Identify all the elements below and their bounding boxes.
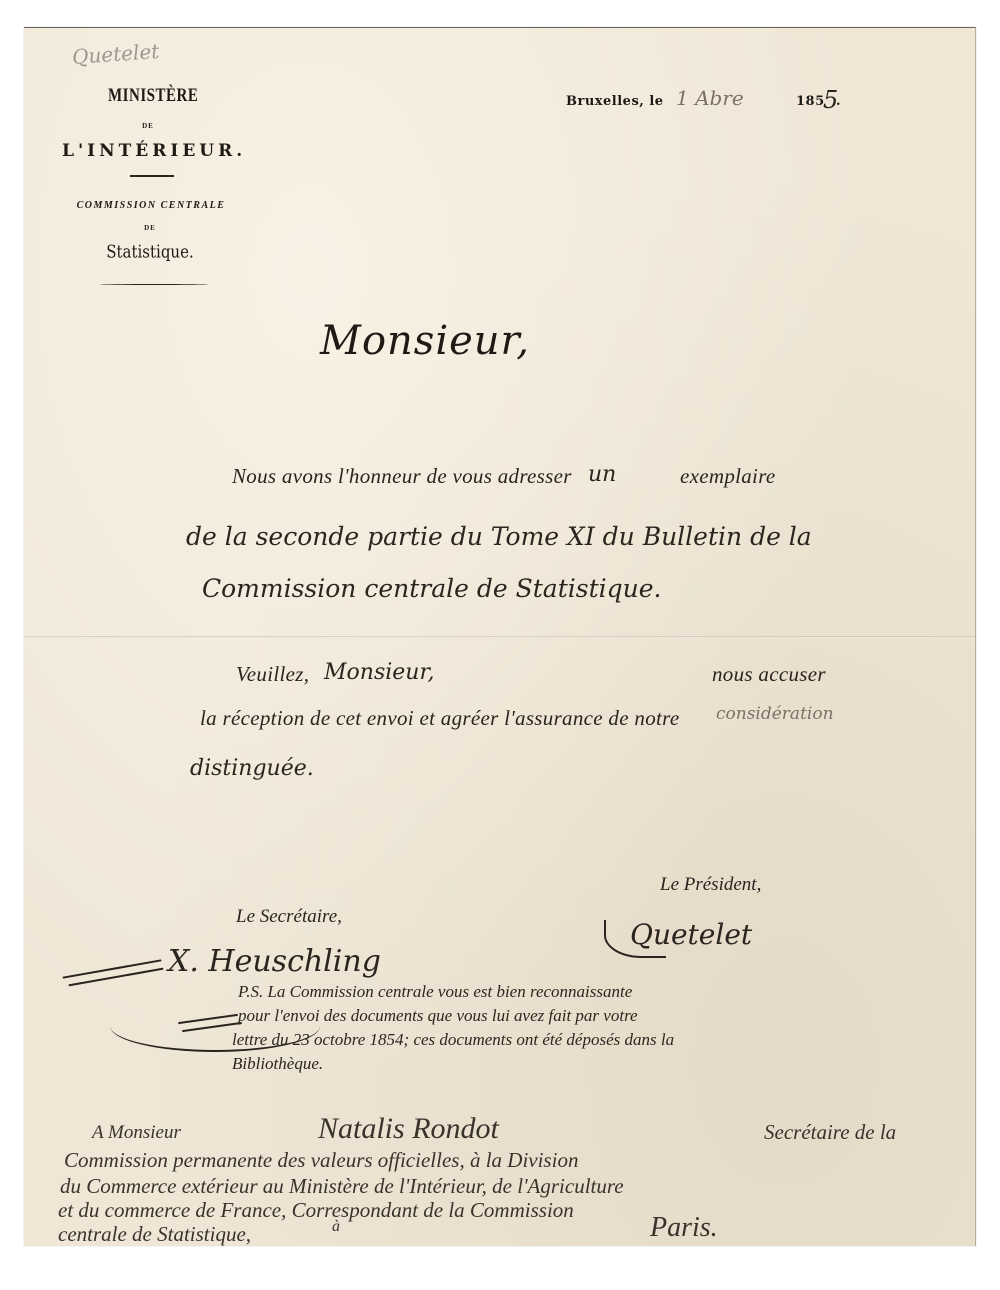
letterhead-de-2: DE <box>140 224 160 232</box>
p1-line3-handwritten: Commission centrale de Statistique. <box>202 574 661 603</box>
p2-line2-handwritten: considération <box>716 704 834 724</box>
letterhead-statistique: Statistique. <box>100 242 200 263</box>
president-label: Le Président, <box>660 874 761 896</box>
secretary-label: Le Secrétaire, <box>236 906 342 928</box>
address-title: Secrétaire de la <box>764 1120 896 1145</box>
letterhead-commission-centrale: COMMISSION CENTRALE <box>76 200 226 211</box>
postscript-line-1: P.S. La Commission centrale vous est bie… <box>238 982 632 1002</box>
dateline-period: . <box>836 94 841 109</box>
address-line-5: centrale de Statistique, <box>58 1222 251 1247</box>
address-recipient-name: Natalis Rondot <box>318 1112 499 1146</box>
secretary-signature: X. Heuschling <box>168 944 381 979</box>
p1-line1-printed: Nous avons l'honneur de vous adresser <box>232 464 572 489</box>
p2-line1-printed: Veuillez, <box>236 662 309 687</box>
address-city: Paris. <box>650 1212 718 1244</box>
letterhead-de-1: DE <box>138 122 158 130</box>
p2-line2-printed: la réception de cet envoi et agréer l'as… <box>200 706 679 731</box>
postscript-line-4: Bibliothèque. <box>232 1054 323 1074</box>
dateline-prefix: Bruxelles, le <box>566 94 664 109</box>
p2-line3-handwritten: distinguée. <box>190 756 314 781</box>
p1-line2-handwritten: de la seconde partie du Tome XI du Bulle… <box>186 522 812 551</box>
ornament-rule-1 <box>130 175 174 177</box>
postscript-line-3: lettre du 23 octobre 1854; ces documents… <box>232 1030 674 1050</box>
address-line-3: du Commerce extérieur au Ministère de l'… <box>60 1174 624 1199</box>
p1-line1-handwritten: un <box>588 462 616 487</box>
dateline-handwritten-date: 1 Abre <box>676 86 744 110</box>
address-a: à <box>332 1218 340 1236</box>
p2-line1-printed-end: nous accuser <box>712 662 826 687</box>
letterhead-ministere: MINISTÈRE <box>108 86 188 107</box>
letterhead-interieur: L'INTÉRIEUR. <box>62 141 242 161</box>
ornament-rule-2 <box>100 284 208 285</box>
dateline-year: 185 <box>796 94 825 109</box>
salutation: Monsieur, <box>320 318 530 364</box>
paper-fold-crease <box>24 636 975 638</box>
address-prefix: A Monsieur <box>92 1122 181 1144</box>
p2-line1-handwritten: Monsieur, <box>324 660 435 685</box>
p1-line1-printed-end: exemplaire <box>680 464 776 489</box>
address-line-4: et du commerce de France, Correspondant … <box>58 1198 574 1223</box>
address-line-2: Commission permanente des valeurs offici… <box>64 1148 578 1173</box>
postscript-line-2: pour l'envoi des documents que vous lui … <box>238 1006 638 1026</box>
